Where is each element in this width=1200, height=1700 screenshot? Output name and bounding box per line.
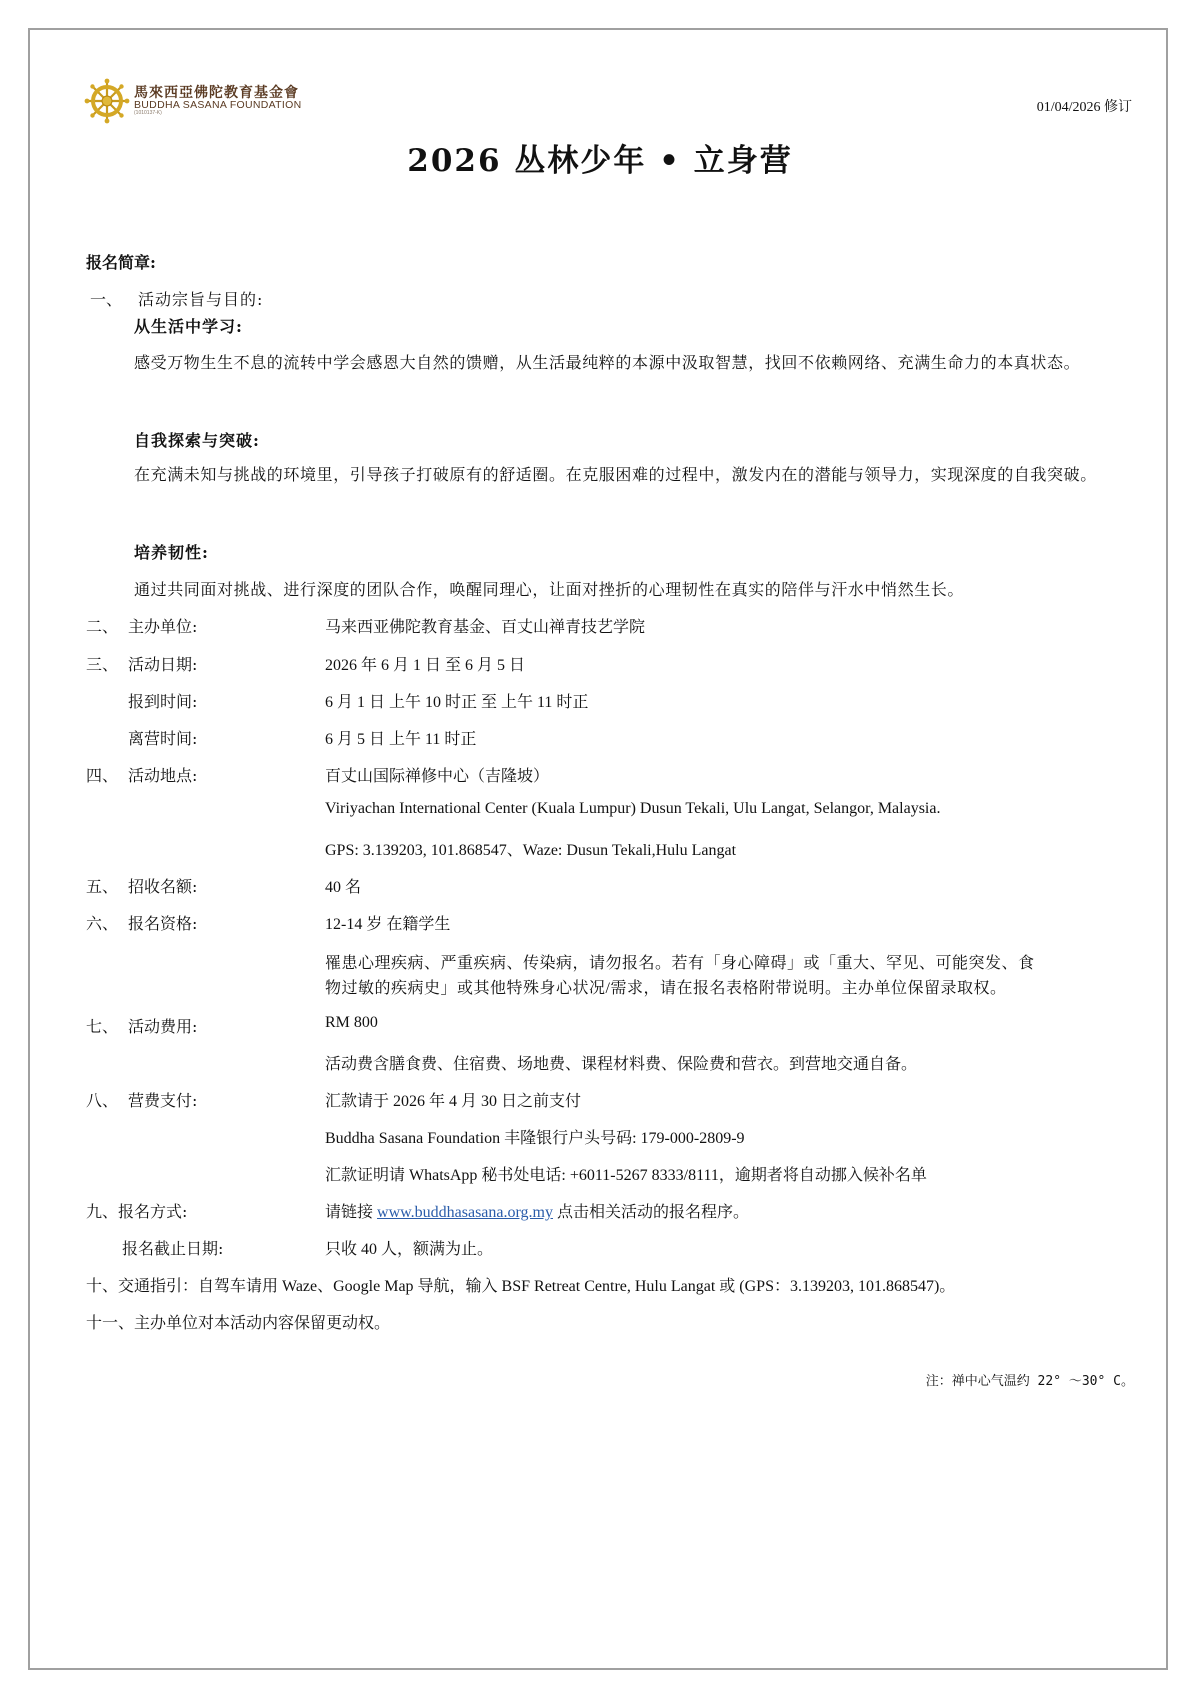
eligibility-value: 12-14 岁 在籍学生 [325,911,450,934]
revision-date: 01/04/2026 修订 [1037,96,1132,116]
deadline-label: 报名截止日期: [122,1236,223,1259]
payment-bank-account: Buddha Sasana Foundation 丰隆银行户头号码: 179-0… [325,1125,745,1148]
fee-note: 活动费含膳食费、住宿费、场地费、课程材料费、保险费和营衣。到营地交通自备。 [325,1051,917,1074]
eligibility-note-line1: 罹患心理疾病、严重疾病、传染病，请勿报名。若有「身心障碍」或「重大、罕见、可能突… [325,950,1035,973]
registration-prefix: 请链接 [325,1204,377,1221]
item-2-number: 二、 [86,614,118,637]
item-11-rights: 十一、主办单位对本活动内容保留更动权。 [86,1310,390,1333]
purpose-sub1-text: 感受万物生生不息的流转中学会感恩大自然的馈赠，从生活最纯粹的本源中汲取智慧，找回… [134,344,1134,381]
item-7-number: 七、 [86,1014,118,1037]
deadline-value: 只收 40 人，额满为止。 [325,1236,493,1259]
item-8-label: 营费支付: [128,1088,197,1111]
dharma-wheel-icon [84,78,130,124]
item-7-label: 活动费用: [128,1014,197,1037]
venue-value: 百丈山国际禅修中心（吉隆坡） [325,763,549,786]
foundation-logo: 馬來西亞佛陀教育基金會 BUDDHA SASANA FOUNDATION (10… [84,78,301,124]
item-4-label: 活动地点: [128,763,197,786]
purpose-sub3-title: 培养韧性: [134,540,209,563]
checkout-value: 6 月 5 日 上午 11 时正 [325,726,476,749]
item-5-label: 招收名额: [128,874,197,897]
item-3-label: 活动日期: [128,652,197,675]
venue-gps: GPS: 3.139203, 101.868547、Waze: Dusun Te… [325,837,736,860]
item-6-label: 报名资格: [128,911,197,934]
registration-method: 请链接 www.buddhasasana.org.my 点击相关活动的报名程序。 [325,1199,749,1222]
item-9-number: 九、 [86,1199,118,1222]
item-6-number: 六、 [86,911,118,934]
checkin-label: 报到时间: [128,689,197,712]
payment-deadline: 汇款请于 2026 年 4 月 30 日之前支付 [325,1088,581,1111]
logo-chinese-name: 馬來西亞佛陀教育基金會 [134,86,301,101]
item-3-number: 三、 [86,652,118,675]
organizer-value: 马来西亚佛陀教育基金、百丈山禅青技艺学院 [325,614,645,637]
registration-suffix: 点击相关活动的报名程序。 [553,1204,749,1221]
fee-value: RM 800 [325,1014,378,1032]
item-10-transport: 十、交通指引：自驾车请用 Waze、Google Map 导航，输入 BSF R… [86,1273,955,1296]
item-4-number: 四、 [86,763,118,786]
item-5-number: 五、 [86,874,118,897]
purpose-sub2-title: 自我探索与突破: [134,428,260,451]
temperature-note: 注：禅中心气温约 22° ～30° C。 [926,1370,1134,1389]
section-heading: 报名简章: [86,250,156,273]
item-1-number: 一、 [90,287,122,310]
item-9-label: 报名方式: [118,1199,187,1222]
purpose-sub2-text: 在充满未知与挑战的环境里，引导孩子打破原有的舒适圈。在克服困难的过程中，激发内在… [134,456,1134,493]
item-1-label: 活动宗旨与目的: [138,287,263,310]
logo-registration-number: (1010137-K) [134,111,301,116]
item-8-number: 八、 [86,1088,118,1111]
document-title: 2026 丛林少年 • 立身营 [0,135,1200,180]
registration-link[interactable]: www.buddhasasana.org.my [377,1204,553,1221]
venue-address: Viriyachan International Center (Kuala L… [325,800,940,818]
date-value: 2026 年 6 月 1 日 至 6 月 5 日 [325,652,525,675]
eligibility-note-line2: 物过敏的疾病史」或其他特殊身心状况/需求，请在报名表格附带说明。主办单位保留录取… [325,975,1006,998]
purpose-sub3-text: 通过共同面对挑战、进行深度的团队合作，唤醒同理心，让面对挫折的心理韧性在真实的陪… [134,577,964,600]
checkout-label: 离营时间: [128,726,197,749]
purpose-sub1-title: 从生活中学习: [134,314,243,337]
payment-proof: 汇款证明请 WhatsApp 秘书处电话: +6011-5267 8333/81… [325,1162,927,1185]
item-2-label: 主办单位: [128,614,197,637]
checkin-value: 6 月 1 日 上午 10 时正 至 上午 11 时正 [325,689,588,712]
quota-value: 40 名 [325,874,361,897]
